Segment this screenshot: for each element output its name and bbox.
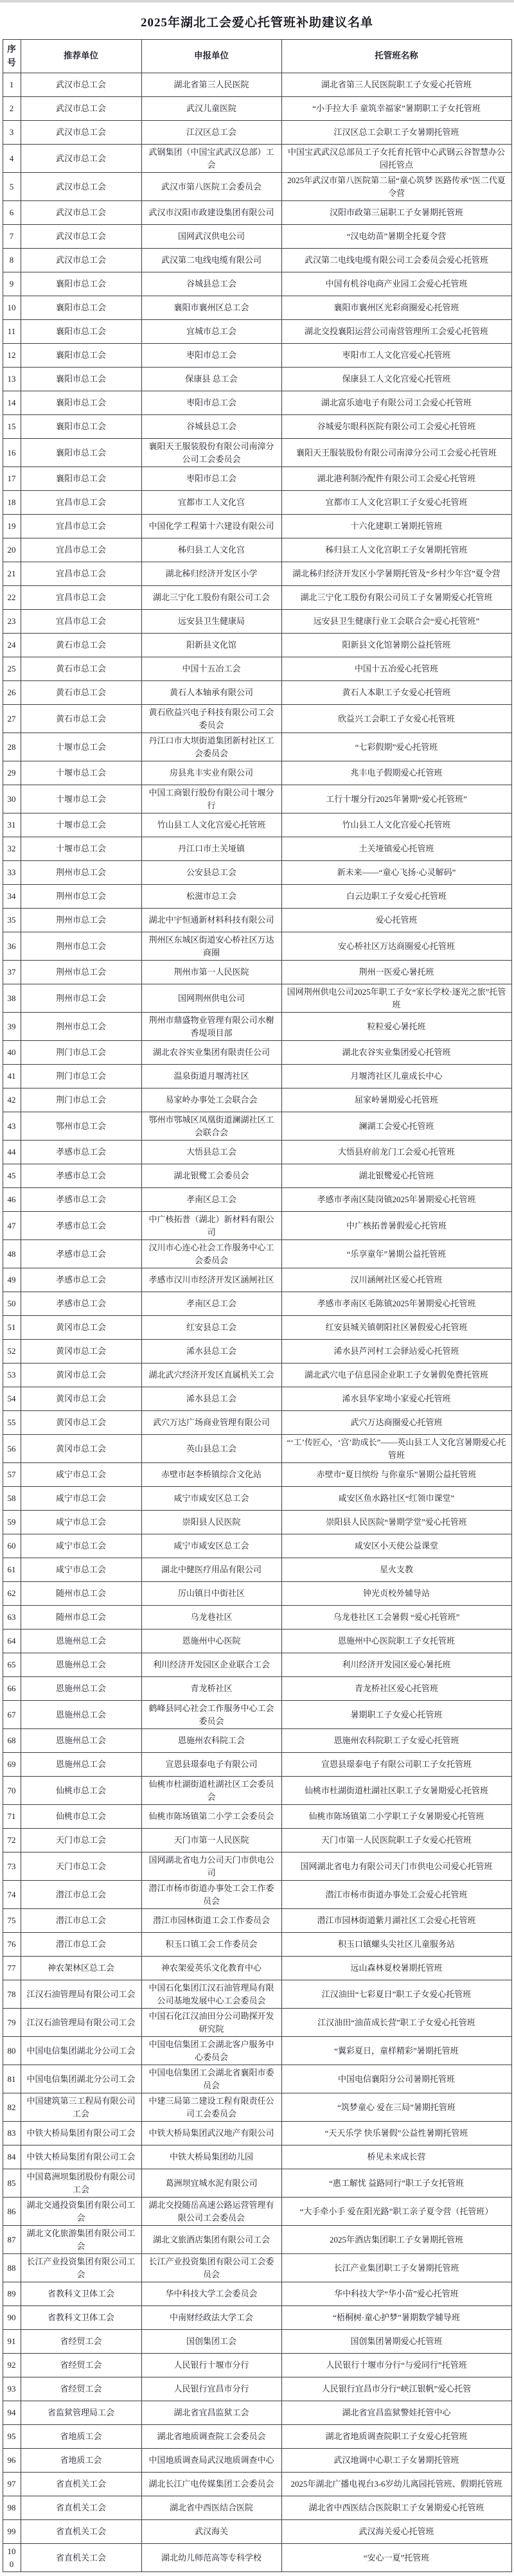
cell-class-name: 潜江市园林街道紫月湖社区工会爱心托管班 <box>281 1909 511 1933</box>
cell-applying-unit: 中南财经政法大学工会 <box>141 2306 281 2330</box>
table-row: 35 荆州市总工会 湖北中宇恒通新材料科技有限公司 爱心托管班 <box>3 909 511 932</box>
cell-recommending-unit: 恩施州总工会 <box>21 1630 141 1653</box>
table-row: 91 省经贸工会 国创集团工会 国创集团暑期爱心托管班 <box>3 2330 511 2354</box>
cell-applying-unit: 保康县 总工会 <box>141 368 281 391</box>
cell-class-name: 人民银行宜昌市分行“峡江银帆”爱心托管 <box>281 2377 511 2401</box>
cell-index: 98 <box>3 2496 21 2520</box>
cell-applying-unit: 恩施州中心医院 <box>141 1630 281 1653</box>
table-row: 29 十堰市总工会 房县兆丰实业有限公司 兆丰电子假期爱心托管班 <box>3 761 511 785</box>
table-row: 83 中铁大桥局集团有限公司工会 中铁大桥局集团武汉地产有限公司 “天天乐学 快… <box>3 2122 511 2145</box>
table-row: 57 咸宁市总工会 赤壁市赵李桥镇综合文化站 赤壁市“夏日缤纷 与你童乐”暑期公… <box>3 1463 511 1487</box>
cell-class-name: 乌龙巷社区工会暑假 “爱心托管班” <box>281 1606 511 1630</box>
cell-class-name: 粒粒爱心暑托班 <box>281 1013 511 1041</box>
table-row: 9 襄阳市总工会 谷城县总工会 中国有机谷电商产业园工会爱心托管班 <box>3 272 511 296</box>
cell-index: 83 <box>3 2122 21 2145</box>
cell-applying-unit: 枣阳市总工会 <box>141 391 281 415</box>
cell-index: 25 <box>3 657 21 681</box>
cell-recommending-unit: 黄冈市总工会 <box>21 1340 141 1364</box>
table-row: 89 省教科文卫体工会 华中科技大学工会委员会 华中科技大学“华小苗”爱心托管班 <box>3 2282 511 2306</box>
table-row: 90 省教科文卫体工会 中南财经政法大学工会 “梧桐树·童心护梦”暑期数学辅导班 <box>3 2306 511 2330</box>
cell-class-name: 远安县卫生健康行业工会联合会“爱心托管班” <box>281 610 511 634</box>
cell-recommending-unit: 荆州市总工会 <box>21 961 141 984</box>
cell-class-name: 武汉地调中心职工子女暑期托管班 <box>281 2449 511 2473</box>
cell-class-name: 长江产业集团职工子女暑期托管班 <box>281 2254 511 2282</box>
cell-recommending-unit: 十堰市总工会 <box>21 733 141 761</box>
table-row: 11 襄阳市总工会 宜城市总工会 湖北交投襄阳运营公司南营管理所工会爱心托管班 <box>3 320 511 344</box>
cell-class-name: 暑期职工子女爱心托管班 <box>281 1701 511 1729</box>
cell-index: 15 <box>3 415 21 439</box>
cell-class-name: 中国有机谷电商产业园工会爱心托管班 <box>281 272 511 296</box>
cell-index: 23 <box>3 610 21 634</box>
cell-index: 42 <box>3 1088 21 1112</box>
cell-applying-unit: 人民银行宜昌市分行 <box>141 2377 281 2401</box>
cell-class-name: “天天乐学 快乐暑假”公益性暑期托管班 <box>281 2122 511 2145</box>
cell-applying-unit: 湖北银鹭工会委员会 <box>141 1164 281 1188</box>
cell-applying-unit: 中铁大桥局集团幼儿园 <box>141 2145 281 2169</box>
cell-class-name: 襄阳天王服装股份有限公司南漳分公司工会爱心托管班 <box>281 439 511 467</box>
cell-recommending-unit: 孝感市总工会 <box>21 1164 141 1188</box>
table-row: 19 宜昌市总工会 中国化学工程第十六建设有限公司 十六化建职工暑期托管班 <box>3 515 511 538</box>
cell-class-name: 恩施州中心医院职工子女托管班 <box>281 1630 511 1653</box>
table-row: 33 荆州市总工会 公安县总工会 新未来——“童心飞扬·心灵解码” <box>3 861 511 885</box>
cell-index: 45 <box>3 1164 21 1188</box>
cell-class-name: 咸安区鱼水路社区“红领巾课堂” <box>281 1487 511 1511</box>
cell-applying-unit: 赤壁市赵李桥镇综合文化站 <box>141 1463 281 1487</box>
cell-recommending-unit: 省地质工会 <box>21 2449 141 2473</box>
table-row: 30 十堰市总工会 中国工商银行股份有限公司十堰分行 工行十堰分行2025年暑期… <box>3 785 511 813</box>
table-row: 73 天门市总工会 国网湖北省电力公司天门市供电公司 国网湖北省电力有限公司天门… <box>3 1852 511 1881</box>
cell-class-name: 中广核拓普暑假爱心托管班 <box>281 1212 511 1240</box>
cell-index: 36 <box>3 932 21 961</box>
cell-recommending-unit: 襄阳市总工会 <box>21 391 141 415</box>
cell-index: 20 <box>3 538 21 562</box>
cell-applying-unit: 荆州市鼎盛物业管理有限公司水榭香堤项目部 <box>141 1013 281 1041</box>
cell-applying-unit: 黄石人本轴承有限公司 <box>141 681 281 705</box>
cell-applying-unit: 红安县总工会 <box>141 1316 281 1340</box>
cell-class-name: 黄石人本职工子女爱心托管班 <box>281 681 511 705</box>
cell-recommending-unit: 荆州市总工会 <box>21 932 141 961</box>
cell-class-name: 湖北省第三人民医院职工子女爱心托管班 <box>281 73 511 97</box>
table-row: 94 省监狱管理局工会 湖北省宜昌监狱工会 湖北省宜昌监狱警娃托管中心 <box>3 2401 511 2425</box>
cell-index: 22 <box>3 586 21 610</box>
cell-applying-unit: 积玉口镇工会工作委员会 <box>141 1933 281 1957</box>
table-row: 48 孝感市总工会 汉川市心连心社会工作服务中心工会委员会 “乐享童年”暑期公益… <box>3 1240 511 1268</box>
cell-applying-unit: 长江产业投资集团有限公司工会委员会 <box>141 2254 281 2282</box>
cell-applying-unit: 仙桃市杜湖街道杜湖社区工会委员会 <box>141 1777 281 1805</box>
cell-index: 77 <box>3 1957 21 1980</box>
cell-applying-unit: 浠水县总工会 <box>141 1340 281 1364</box>
cell-index: 100 <box>3 2544 21 2572</box>
table-row: 66 恩施州总工会 青龙桥社区 青龙桥社区爱心托管班 <box>3 1677 511 1701</box>
cell-class-name: 湖北省中西医结合医院职工子女暑期爱心托管班 <box>281 2496 511 2520</box>
cell-recommending-unit: 孝感市总工会 <box>21 1292 141 1316</box>
cell-class-name: 阳新县文化馆暑期公益托管班 <box>281 634 511 657</box>
cell-applying-unit: 湖北省中西医结合医院 <box>141 2496 281 2520</box>
cell-index: 35 <box>3 909 21 932</box>
cell-recommending-unit: 襄阳市总工会 <box>21 415 141 439</box>
cell-applying-unit: 湖北武穴经济开发区直属机关工会 <box>141 1364 281 1387</box>
cell-applying-unit: 枣阳市总工会 <box>141 344 281 368</box>
table-row: 67 恩施州总工会 鹤峰县同心社会工作服务中心工会委员会 暑期职工子女爱心托管班 <box>3 1701 511 1729</box>
cell-class-name: “梧桐树·童心护梦”暑期数学辅导班 <box>281 2306 511 2330</box>
cell-applying-unit: 中国化学工程第十六建设有限公司 <box>141 515 281 538</box>
cell-index: 55 <box>3 1411 21 1435</box>
cell-applying-unit: 乌龙巷社区 <box>141 1606 281 1630</box>
table-row: 24 黄石市总工会 阳新县文化馆 阳新县文化馆暑期公益托管班 <box>3 634 511 657</box>
cell-class-name: 月堰湾社区儿童成长中心 <box>281 1065 511 1088</box>
cell-recommending-unit: 襄阳市总工会 <box>21 320 141 344</box>
table-row: 14 襄阳市总工会 枣阳市总工会 湖北富乐迪电子有限公司工会爱心托管班 <box>3 391 511 415</box>
table-row: 97 省直机关工会 湖北长江广电传媒集团工会委员会 2025年湖北广播电视台3-… <box>3 2473 511 2496</box>
cell-applying-unit: 大悟县总工会 <box>141 1141 281 1164</box>
cell-class-name: “‘工’传匠心，‘宫’助成长”——英山县工人文化宫暑期爱心托管班 <box>281 1435 511 1463</box>
cell-recommending-unit: 咸宁市总工会 <box>21 1534 141 1558</box>
cell-class-name: 湖北农谷实业集团爱心托管班 <box>281 1041 511 1065</box>
cell-recommending-unit: 荆州市总工会 <box>21 861 141 885</box>
cell-recommending-unit: 天门市总工会 <box>21 1829 141 1852</box>
table-header-row: 序号 推荐单位 申报单位 托管班名称 <box>3 40 511 73</box>
cell-recommending-unit: 随州市总工会 <box>21 1582 141 1606</box>
table-row: 28 十堰市总工会 丹江口市大坝街道集团新村社区工会委员会 “七彩假期”爱心托管… <box>3 733 511 761</box>
cell-recommending-unit: 黄石市总工会 <box>21 681 141 705</box>
cell-applying-unit: 湖北交投随岳高速公路运营管理有限公司工会委员会 <box>141 2198 281 2226</box>
cell-applying-unit: 武汉第二电线电缆有限公司 <box>141 249 281 272</box>
cell-index: 27 <box>3 705 21 733</box>
table-row: 75 潜江市总工会 潜江市园林街道工会工作委员会 潜江市园林街道紫月湖社区工会爱… <box>3 1909 511 1933</box>
cell-applying-unit: 中广核拓普（湖北）新材料有限公司 <box>141 1212 281 1240</box>
table-row: 31 十堰市总工会 竹山县工人文化宫爱心托管班 竹山县工人文化宫爱心托管班 <box>3 813 511 837</box>
cell-index: 73 <box>3 1852 21 1881</box>
cell-class-name: 江汉油田“七彩夏日”职工子女爱心托管班 <box>281 1980 511 2009</box>
table-row: 42 荆门市总工会 易家岭办事处工会联合会 屈家岭暑期爱心托管班 <box>3 1088 511 1112</box>
cell-applying-unit: 中国石化江汉油田分公司勘探开发研究院 <box>141 2009 281 2037</box>
table-row: 55 黄冈市总工会 武穴万达广场商业管理有限公司 武穴万达商圈爱心托管班 <box>3 1411 511 1435</box>
cell-class-name: 崇阳县人民医院“暑期学堂”爱心托管班 <box>281 1511 511 1534</box>
table-row: 95 省地质工会 湖北省地质调查院工会委员会 湖北省地质调查院职工子女爱心托管班 <box>3 2425 511 2449</box>
cell-index: 28 <box>3 733 21 761</box>
cell-index: 57 <box>3 1463 21 1487</box>
table-row: 21 宜昌市总工会 湖北秭归经济开发区小学 湖北秭归经济开发区小学暑期托管及“乡… <box>3 562 511 586</box>
cell-index: 46 <box>3 1188 21 1212</box>
cell-applying-unit: 丹江口市土关垭镇 <box>141 837 281 861</box>
cell-applying-unit: 潜江市园林街道工会工作委员会 <box>141 1909 281 1933</box>
cell-class-name: 2025年湖北广播电视台3-6岁幼儿离园托管班、假期托管班 <box>281 2473 511 2496</box>
cell-index: 86 <box>3 2198 21 2226</box>
cell-class-name: 湖北富乐迪电子有限公司工会爱心托管班 <box>281 391 511 415</box>
cell-class-name: 湖北武穴电子信息园企业职工子女暑假免费托管班 <box>281 1364 511 1387</box>
cell-recommending-unit: 宜昌市总工会 <box>21 538 141 562</box>
cell-applying-unit: 孝感市汉川市经济开发区涵闸社区 <box>141 1268 281 1292</box>
cell-class-name: 武穴万达商圈爱心托管班 <box>281 1411 511 1435</box>
cell-recommending-unit: 襄阳市总工会 <box>21 467 141 491</box>
cell-applying-unit: 青龙桥社区 <box>141 1677 281 1701</box>
cell-recommending-unit: 孝感市总工会 <box>21 1188 141 1212</box>
table-row: 38 荆州市总工会 国网荆州供电公司 国网荆州供电公司2025年职工子女“家长学… <box>3 984 511 1013</box>
cell-recommending-unit: 十堰市总工会 <box>21 837 141 861</box>
cell-index: 2 <box>3 97 21 121</box>
cell-class-name: 钟光贞校外辅导站 <box>281 1582 511 1606</box>
cell-applying-unit: 咸宁市咸安区总工会 <box>141 1487 281 1511</box>
cell-applying-unit: 武穴万达广场商业管理有限公司 <box>141 1411 281 1435</box>
cell-applying-unit: 枣阳市总工会 <box>141 467 281 491</box>
cell-recommending-unit: 湖北交通投资集团有限公司工会 <box>21 2198 141 2226</box>
table-row: 71 仙桃市总工会 仙桃市陈场镇第二小学工会委员会 仙桃市陈场镇第二小学职工子女… <box>3 1805 511 1829</box>
cell-index: 64 <box>3 1630 21 1653</box>
cell-class-name: 积玉口镇螺头尖社区儿童服务站 <box>281 1933 511 1957</box>
cell-index: 21 <box>3 562 21 586</box>
cell-applying-unit: 咸宁市咸安区总工会 <box>141 1534 281 1558</box>
cell-recommending-unit: 潜江市总工会 <box>21 1881 141 1909</box>
cell-applying-unit: 湖北秭归经济开发区小学 <box>141 562 281 586</box>
cell-applying-unit: 鄂州市鄂城区凤凰街道澜湖社区工会联合会 <box>141 1112 281 1141</box>
table-row: 16 襄阳市总工会 襄阳天王服装股份有限公司南漳分公司工会委员会 襄阳天王服装股… <box>3 439 511 467</box>
cell-index: 59 <box>3 1511 21 1534</box>
cell-index: 53 <box>3 1364 21 1387</box>
cell-index: 4 <box>3 145 21 173</box>
cell-class-name: 白云边职工子女爱心托管班 <box>281 885 511 909</box>
cell-applying-unit: 中国工商银行股份有限公司十堰分行 <box>141 785 281 813</box>
cell-index: 5 <box>3 173 21 201</box>
cell-index: 78 <box>3 1980 21 2009</box>
cell-class-name: 汉阳市政第三届职工子女暑期托管班 <box>281 201 511 225</box>
column-header-class-name: 托管班名称 <box>281 40 511 73</box>
table-row: 58 咸宁市总工会 咸宁市咸安区总工会 咸安区鱼水路社区“红领巾课堂” <box>3 1487 511 1511</box>
cell-index: 14 <box>3 391 21 415</box>
cell-class-name: 国创集团暑期爱心托管班 <box>281 2330 511 2354</box>
cell-index: 79 <box>3 2009 21 2037</box>
table-row: 81 中国电信集团湖北分公司工会 中国电信集团工会湖北省襄阳市委员会 中国电信襄… <box>3 2065 511 2093</box>
cell-index: 7 <box>3 225 21 249</box>
cell-applying-unit: 潜江市杨市街道办事处工会工作委员会 <box>141 1881 281 1909</box>
cell-class-name: 青龙桥社区爱心托管班 <box>281 1677 511 1701</box>
cell-recommending-unit: 省经贸工会 <box>21 2377 141 2401</box>
cell-applying-unit: 葛洲坝宜城水泥有限公司 <box>141 2169 281 2198</box>
cell-applying-unit: 中国石化集团江汉石油管理局有限公司基地发展中心工会委员会 <box>141 1980 281 2009</box>
cell-recommending-unit: 荆门市总工会 <box>21 1041 141 1065</box>
cell-recommending-unit: 中铁大桥局集团有限公司工会 <box>21 2145 141 2169</box>
cell-index: 10 <box>3 296 21 320</box>
table-row: 23 宜昌市总工会 远安县卫生健康局 远安县卫生健康行业工会联合会“爱心托管班” <box>3 610 511 634</box>
cell-class-name: 土关垭镇爱心托管班 <box>281 837 511 861</box>
table-row: 44 孝感市总工会 大悟县总工会 大悟县府前龙门工会爱心托管班 <box>3 1141 511 1164</box>
cell-index: 93 <box>3 2377 21 2401</box>
cell-index: 89 <box>3 2282 21 2306</box>
cell-applying-unit: 神农架爱英乐文化教育中心 <box>141 1957 281 1980</box>
table-row: 26 黄石市总工会 黄石人本轴承有限公司 黄石人本职工子女爱心托管班 <box>3 681 511 705</box>
table-row: 61 咸宁市总工会 湖北中健医疗用品有限公司 星火支教 <box>3 1558 511 1582</box>
cell-class-name: “筑梦童心 爱在三局”暑期托管班 <box>281 2093 511 2122</box>
cell-applying-unit: 湖北三宁化工股份有限公司工会 <box>141 586 281 610</box>
table-row: 41 荆门市总工会 温泉街道月堰湾社区 月堰湾社区儿童成长中心 <box>3 1065 511 1088</box>
cell-applying-unit: 武钢集团（中国宝武武汉总部）工会 <box>141 145 281 173</box>
cell-recommending-unit: 孝感市总工会 <box>21 1240 141 1268</box>
cell-recommending-unit: 恩施州总工会 <box>21 1677 141 1701</box>
table-row: 70 仙桃市总工会 仙桃市杜湖街道杜湖社区工会委员会 仙桃市杜湖街道杜湖社区职工… <box>3 1777 511 1805</box>
cell-recommending-unit: 恩施州总工会 <box>21 1729 141 1753</box>
cell-recommending-unit: 省经贸工会 <box>21 2330 141 2354</box>
column-header-applying-unit: 申报单位 <box>141 40 281 73</box>
cell-class-name: 红安县城关镇朝阳社区暑假爱心托管班 <box>281 1316 511 1340</box>
cell-class-name: 2025年武汉市第八医院第二届“童心筑梦 医路传承”医二代夏令营 <box>281 173 511 201</box>
cell-applying-unit: 中国地质调查局武汉地质调查中心 <box>141 2449 281 2473</box>
cell-class-name: 浠水县芦河村工会驿站爱心托管班 <box>281 1340 511 1364</box>
cell-recommending-unit: 宜昌市总工会 <box>21 515 141 538</box>
cell-class-name: 竹山县工人文化宫爱心托管班 <box>281 813 511 837</box>
cell-index: 47 <box>3 1212 21 1240</box>
document-page: 2025年湖北工会爱心托管班补助建议名单 序号 推荐单位 申报单位 托管班名称 … <box>0 0 514 2576</box>
table-row: 43 鄂州市总工会 鄂州市鄂城区凤凰街道澜湖社区工会联合会 澜湖工会爱心托管班 <box>3 1112 511 1141</box>
cell-recommending-unit: 恩施州总工会 <box>21 1753 141 1777</box>
cell-class-name: 中国十五冶爱心托管班 <box>281 657 511 681</box>
cell-applying-unit: 温泉街道月堰湾社区 <box>141 1065 281 1088</box>
cell-recommending-unit: 襄阳市总工会 <box>21 296 141 320</box>
table-row: 72 天门市总工会 天门市第一人民医院 天门市第一人民医院职工子女爱心托管班 <box>3 1829 511 1852</box>
cell-class-name: 荆州一医爱心暑托班 <box>281 961 511 984</box>
cell-recommending-unit: 中铁大桥局集团有限公司工会 <box>21 2122 141 2145</box>
cell-index: 62 <box>3 1582 21 1606</box>
cell-recommending-unit: 随州市总工会 <box>21 1606 141 1630</box>
cell-applying-unit: 湖北中宇恒通新材料科技有限公司 <box>141 909 281 932</box>
cell-class-name: 谷城爱尔眼科医院有限公司工会爱心托管班 <box>281 415 511 439</box>
cell-recommending-unit: 省地质工会 <box>21 2425 141 2449</box>
cell-class-name: “小手拉大手 童筑幸福家”暑期职工子女托管班 <box>281 97 511 121</box>
cell-class-name: 湖北秭归经济开发区小学暑期托管及“乡村少年宫”夏令营 <box>281 562 511 586</box>
table-row: 69 恩施州总工会 宣恩县璟泰电子有限公司 宣恩县璟泰电子有限公司职工子女托管班 <box>3 1753 511 1777</box>
cell-class-name: 国网荆州供电公司2025年职工子女“家长学校·逐光之旅”托管班 <box>281 984 511 1013</box>
cell-recommending-unit: 襄阳市总工会 <box>21 439 141 467</box>
cell-class-name: 江汉油田“油苗成长营”职工子女爱心托管班 <box>281 2009 511 2037</box>
cell-recommending-unit: 省监狱管理局工会 <box>21 2401 141 2425</box>
cell-class-name: 湖北省宜昌监狱警娃托管中心 <box>281 2401 511 2425</box>
cell-class-name: 宣恩县璟泰电子有限公司职工子女托管班 <box>281 1753 511 1777</box>
cell-index: 24 <box>3 634 21 657</box>
cell-class-name: 新未来——“童心飞扬·心灵解码” <box>281 861 511 885</box>
cell-recommending-unit: 省教科文卫体工会 <box>21 2282 141 2306</box>
cell-index: 54 <box>3 1387 21 1411</box>
cell-index: 16 <box>3 439 21 467</box>
cell-recommending-unit: 鄂州市总工会 <box>21 1112 141 1141</box>
cell-recommending-unit: 十堰市总工会 <box>21 785 141 813</box>
cell-applying-unit: 中建三局第二建设工程有限责任公司工会委员会 <box>141 2093 281 2122</box>
cell-applying-unit: 国网荆州供电公司 <box>141 984 281 1013</box>
cell-recommending-unit: 宜昌市总工会 <box>21 562 141 586</box>
cell-class-name: “安心一夏”托管班 <box>281 2544 511 2572</box>
table-head: 序号 推荐单位 申报单位 托管班名称 <box>3 40 511 73</box>
table-row: 47 孝感市总工会 中广核拓普（湖北）新材料有限公司 中广核拓普暑假爱心托管班 <box>3 1212 511 1240</box>
table-row: 39 荆州市总工会 荆州市鼎盛物业管理有限公司水榭香堤项目部 粒粒爱心暑托班 <box>3 1013 511 1041</box>
cell-class-name: 工行十堰分行2025年暑期“爱心托管班” <box>281 785 511 813</box>
cell-recommending-unit: 湖北文化旅游集团有限公司工会 <box>21 2226 141 2254</box>
cell-recommending-unit: 荆州市总工会 <box>21 1013 141 1041</box>
table-row: 84 中铁大桥局集团有限公司工会 中铁大桥局集团幼儿园 桥见未来成长营 <box>3 2145 511 2169</box>
cell-recommending-unit: 襄阳市总工会 <box>21 272 141 296</box>
table-row: 88 长江产业投资集团有限公司工会 长江产业投资集团有限公司工会委员会 长江产业… <box>3 2254 511 2282</box>
cell-index: 80 <box>3 2037 21 2065</box>
cell-recommending-unit: 荆州市总工会 <box>21 885 141 909</box>
cell-class-name: 中国宝武武汉总部员工子女托育托管中心武钢云谷智慧办公园托管点 <box>281 145 511 173</box>
cell-index: 13 <box>3 368 21 391</box>
cell-recommending-unit: 荆门市总工会 <box>21 1065 141 1088</box>
table-row: 8 武汉市总工会 武汉第二电线电缆有限公司 武汉第二电线电缆有限公司工会委员会爱… <box>3 249 511 272</box>
cell-class-name: 澜湖工会爱心托管班 <box>281 1112 511 1141</box>
cell-applying-unit: 易家岭办事处工会联合会 <box>141 1088 281 1112</box>
cell-index: 12 <box>3 344 21 368</box>
cell-recommending-unit: 武汉市总工会 <box>21 73 141 97</box>
cell-index: 43 <box>3 1112 21 1141</box>
table-row: 1 武汉市总工会 湖北省第三人民医院 湖北省第三人民医院职工子女爱心托管班 <box>3 73 511 97</box>
cell-applying-unit: 中国十五冶工会 <box>141 657 281 681</box>
cell-recommending-unit: 宜昌市总工会 <box>21 491 141 515</box>
cell-index: 29 <box>3 761 21 785</box>
table-row: 37 荆州市总工会 荆州市第一人民医院 荆州一医爱心暑托班 <box>3 961 511 984</box>
cell-recommending-unit: 荆州市总工会 <box>21 984 141 1013</box>
table-row: 52 黄冈市总工会 浠水县总工会 浠水县芦河村工会驿站爱心托管班 <box>3 1340 511 1364</box>
cell-applying-unit: 湖北省地质调查院工会委员会 <box>141 2425 281 2449</box>
cell-index: 63 <box>3 1606 21 1630</box>
table-row: 92 省经贸工会 人民银行十堰市分行 人民银行十堰市分行“与爱同行”托管班 <box>3 2354 511 2377</box>
cell-applying-unit: 黄石欣益兴电子科技有限公司工会委员会 <box>141 705 281 733</box>
table-row: 40 荆门市总工会 湖北农谷实业集团有限责任公司 湖北农谷实业集团爱心托管班 <box>3 1041 511 1065</box>
cell-index: 30 <box>3 785 21 813</box>
cell-index: 66 <box>3 1677 21 1701</box>
table-row: 68 恩施州总工会 恩施州农科院工会 恩施州农科院职工子女爱心托管班 <box>3 1729 511 1753</box>
table-row: 64 恩施州总工会 恩施州中心医院 恩施州中心医院职工子女托管班 <box>3 1630 511 1653</box>
cell-index: 26 <box>3 681 21 705</box>
cell-recommending-unit: 十堰市总工会 <box>21 813 141 837</box>
cell-class-name: 人民银行十堰市分行“与爱同行”托管班 <box>281 2354 511 2377</box>
cell-applying-unit: 宜都市工人文化宫 <box>141 491 281 515</box>
cell-recommending-unit: 省教科文卫体工会 <box>21 2306 141 2330</box>
table-row: 74 潜江市总工会 潜江市杨市街道办事处工会工作委员会 潜江市杨市街道办事处工会… <box>3 1881 511 1909</box>
cell-recommending-unit: 黄石市总工会 <box>21 657 141 681</box>
cell-class-name: 孝感市孝南区毛陈镇2025年暑期爱心托管班 <box>281 1292 511 1316</box>
table-row: 80 中国电信集团湖北分公司工会 中国电信集团工会湖北客户服务中心委员会 “翼彩… <box>3 2037 511 2065</box>
cell-index: 33 <box>3 861 21 885</box>
cell-recommending-unit: 中国建筑第三工程局有限公司工会 <box>21 2093 141 2122</box>
cell-applying-unit: 武汉海关 <box>141 2520 281 2544</box>
cell-class-name: 浠水县华家坳小家爱心托管班 <box>281 1387 511 1411</box>
cell-recommending-unit: 武汉市总工会 <box>21 201 141 225</box>
cell-class-name: 潜江市杨市街道办事处工会爱心托管班 <box>281 1881 511 1909</box>
cell-class-name: “七彩假期”爱心托管班 <box>281 733 511 761</box>
cell-applying-unit: 利川经济开发园区企业联合工会 <box>141 1653 281 1677</box>
table-row: 98 省直机关工会 湖北省中西医结合医院 湖北省中西医结合医院职工子女暑期爱心托… <box>3 2496 511 2520</box>
cell-applying-unit: 人民银行十堰市分行 <box>141 2354 281 2377</box>
cell-index: 69 <box>3 1753 21 1777</box>
cell-applying-unit: 中铁大桥局集团武汉地产有限公司 <box>141 2122 281 2145</box>
cell-applying-unit: 厉山镇日中街社区 <box>141 1582 281 1606</box>
cell-recommending-unit: 宜昌市总工会 <box>21 586 141 610</box>
table-row: 76 潜江市总工会 积玉口镇工会工作委员会 积玉口镇螺头尖社区儿童服务站 <box>3 1933 511 1957</box>
cell-class-name: 江汉区总工会职工子女暑期托管班 <box>281 121 511 145</box>
cell-recommending-unit: 咸宁市总工会 <box>21 1558 141 1582</box>
cell-recommending-unit: 长江产业投资集团有限公司工会 <box>21 2254 141 2282</box>
cell-recommending-unit: 恩施州总工会 <box>21 1653 141 1677</box>
cell-recommending-unit: 荆州市总工会 <box>21 909 141 932</box>
cell-index: 72 <box>3 1829 21 1852</box>
page-title: 2025年湖北工会爱心托管班补助建议名单 <box>0 3 514 39</box>
cell-recommending-unit: 襄阳市总工会 <box>21 344 141 368</box>
cell-class-name: 孝感市孝南区陡岗镇2025年暑期爱心托管班 <box>281 1188 511 1212</box>
cell-applying-unit: 华中科技大学工会委员会 <box>141 2282 281 2306</box>
cell-index: 18 <box>3 491 21 515</box>
cell-recommending-unit: 恩施州总工会 <box>21 1701 141 1729</box>
cell-class-name: 天门市第一人民医院职工子女爱心托管班 <box>281 1829 511 1852</box>
cell-recommending-unit: 武汉市总工会 <box>21 173 141 201</box>
cell-class-name: “汉电幼苗”暑期全托夏令营 <box>281 225 511 249</box>
table-row: 60 咸宁市总工会 咸宁市咸安区总工会 咸安区小天使公益课堂 <box>3 1534 511 1558</box>
cell-class-name: 利川经济开发园区爱心暑托班 <box>281 1653 511 1677</box>
